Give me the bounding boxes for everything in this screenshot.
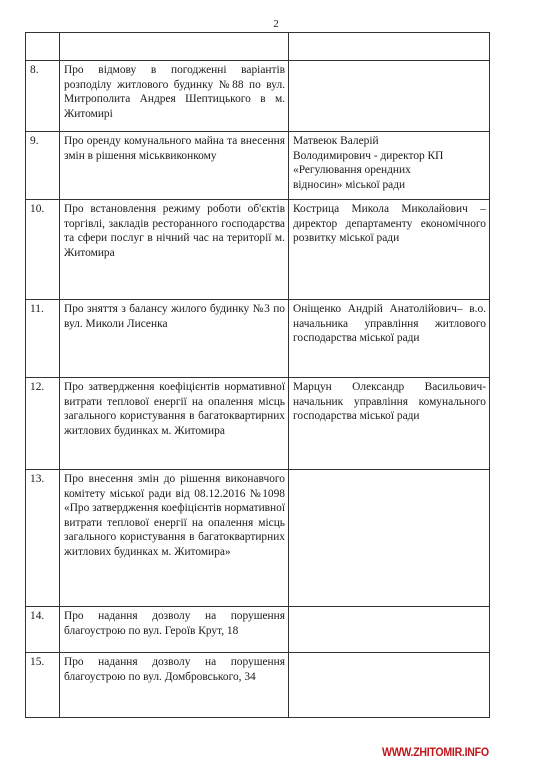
table-row: 12. Про затвердження коефіцієнтів нормат… bbox=[26, 378, 490, 470]
item-number bbox=[26, 33, 60, 61]
item-number: 15. bbox=[26, 653, 60, 718]
table-row: 11. Про зняття з балансу жилого будинку … bbox=[26, 300, 490, 378]
item-responsible: Марцун Олександр Васильович- начальник у… bbox=[289, 378, 490, 470]
responsible-line: відносин» міської ради bbox=[293, 178, 486, 193]
item-title: Про затвердження коефіцієнтів нормативно… bbox=[60, 378, 289, 470]
agenda-table: 8. Про відмову в погодженні варіантів ро… bbox=[25, 32, 490, 718]
page-number: 2 bbox=[269, 18, 283, 30]
responsible-line: Володимирович - директор КП bbox=[293, 149, 486, 164]
item-title bbox=[60, 33, 289, 61]
responsible-line: «Регулювання орендних bbox=[293, 163, 486, 178]
table-row: 14. Про надання дозволу на порушення бла… bbox=[26, 607, 490, 653]
item-title: Про внесення змін до рішення виконавчого… bbox=[60, 470, 289, 607]
item-responsible: Оніщенко Андрій Анатолійович– в.о. начал… bbox=[289, 300, 490, 378]
item-number: 13. bbox=[26, 470, 60, 607]
table-row-empty bbox=[26, 33, 490, 61]
item-title: Про відмову в погодженні варіантів розпо… bbox=[60, 61, 289, 132]
item-responsible bbox=[289, 33, 490, 61]
item-number: 9. bbox=[26, 132, 60, 200]
item-title: Про надання дозволу на порушення благоус… bbox=[60, 607, 289, 653]
table-row: 8. Про відмову в погодженні варіантів ро… bbox=[26, 61, 490, 132]
item-number: 12. bbox=[26, 378, 60, 470]
item-title: Про встановлення режиму роботи об'єктів … bbox=[60, 200, 289, 300]
item-number: 11. bbox=[26, 300, 60, 378]
item-responsible bbox=[289, 61, 490, 132]
table-row: 15. Про надання дозволу на порушення бла… bbox=[26, 653, 490, 718]
item-number: 14. bbox=[26, 607, 60, 653]
site-watermark: WWW.ZHITOMIR.INFO bbox=[382, 745, 489, 759]
table-row: 13. Про внесення змін до рішення виконав… bbox=[26, 470, 490, 607]
item-responsible: Матвеюк Валерій Володимирович - директор… bbox=[289, 132, 490, 200]
item-title: Про оренду комунального майна та внесенн… bbox=[60, 132, 289, 200]
responsible-line: Матвеюк Валерій bbox=[293, 134, 486, 149]
table-row: 9. Про оренду комунального майна та внес… bbox=[26, 132, 490, 200]
item-number: 10. bbox=[26, 200, 60, 300]
item-responsible: Кострица Микола Миколайович – директор д… bbox=[289, 200, 490, 300]
item-responsible bbox=[289, 470, 490, 607]
table-row: 10. Про встановлення режиму роботи об'єк… bbox=[26, 200, 490, 300]
item-responsible bbox=[289, 653, 490, 718]
item-title: Про зняття з балансу жилого будинку №3 п… bbox=[60, 300, 289, 378]
item-number: 8. bbox=[26, 61, 60, 132]
item-responsible bbox=[289, 607, 490, 653]
item-title: Про надання дозволу на порушення благоус… bbox=[60, 653, 289, 718]
